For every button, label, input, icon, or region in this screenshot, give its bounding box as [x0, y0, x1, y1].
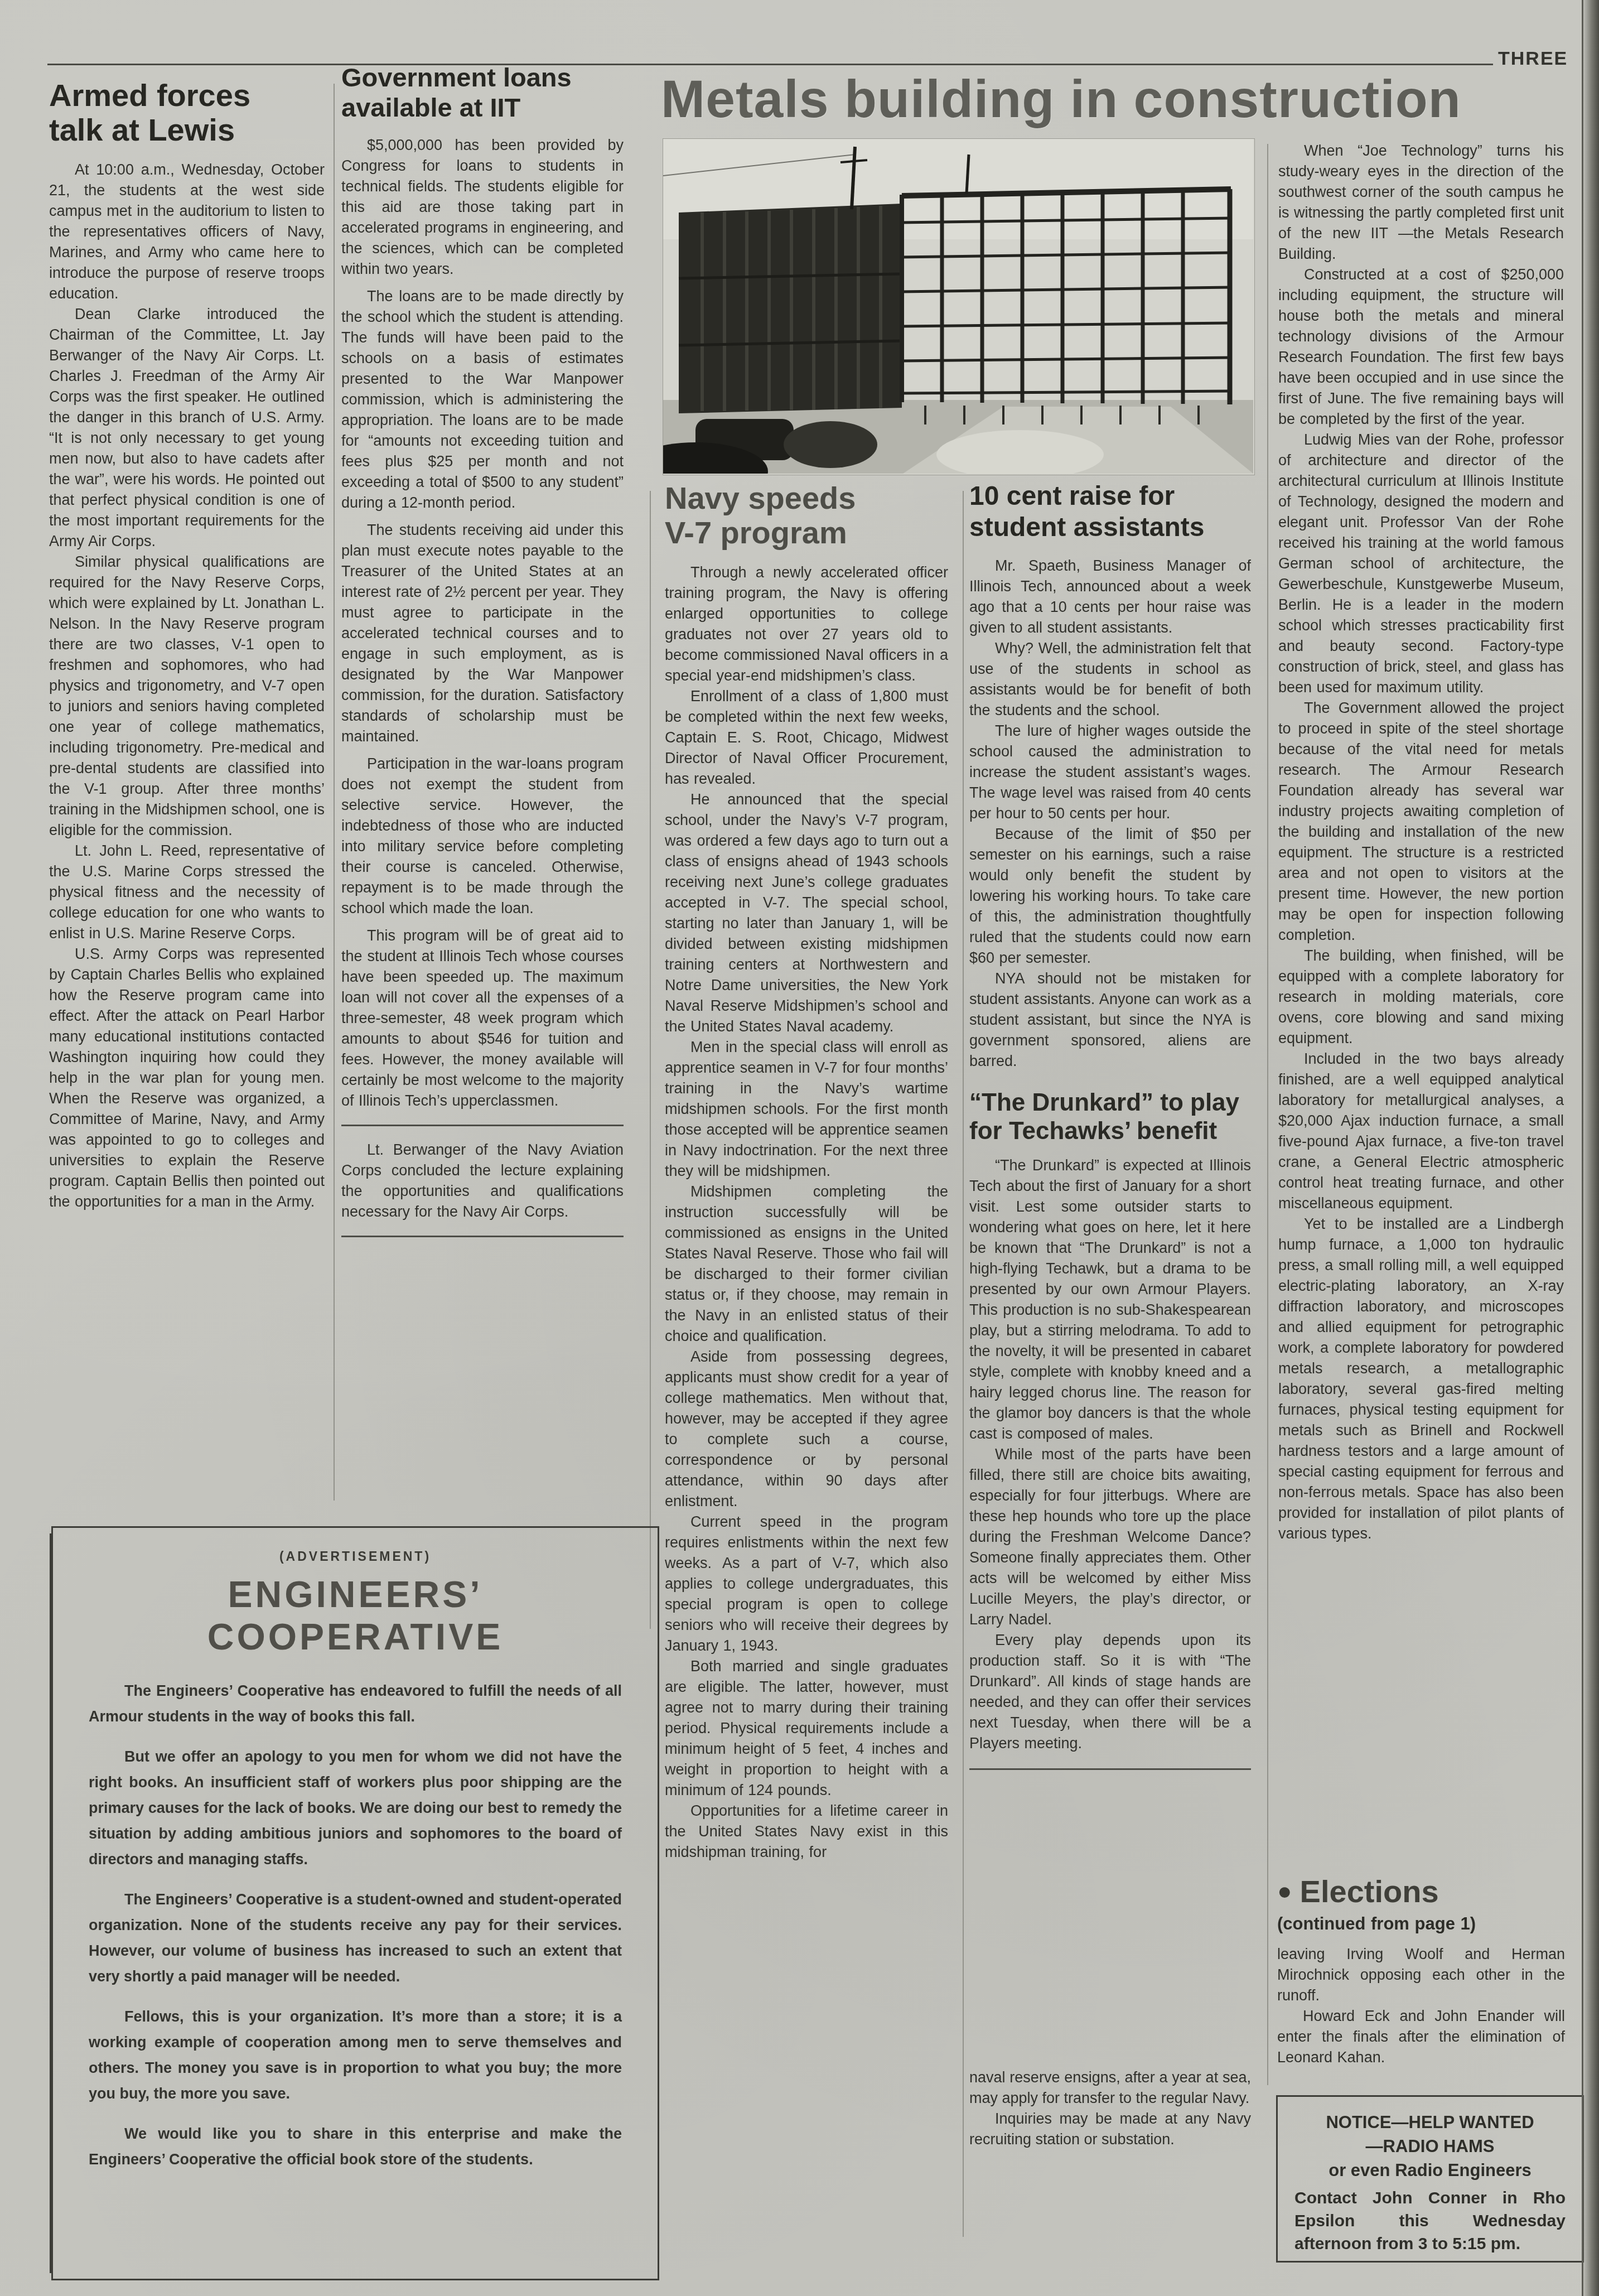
paragraph: Dean Clarke introduced the Chairman of t… [49, 304, 325, 552]
advertisement-label: (ADVERTISEMENT) [89, 1549, 622, 1564]
paragraph: While most of the parts have been filled… [969, 1444, 1251, 1630]
section-rule [341, 1125, 624, 1126]
construction-photo [663, 138, 1255, 475]
notice-line: —RADIO HAMS [1294, 2134, 1566, 2158]
paragraph: Midshipmen completing the instruction su… [665, 1181, 948, 1347]
ad-title: ENGINEERS’ COOPERATIVE [89, 1573, 622, 1658]
navy-article-continuation: naval reserve ensigns, after a year at s… [969, 2067, 1251, 2150]
paragraph: Yet to be installed are a Lindbergh hump… [1278, 1214, 1564, 1544]
paragraph: Current speed in the program requires en… [665, 1512, 948, 1656]
paragraph: The building, when finished, will be equ… [1278, 946, 1564, 1049]
engineers-cooperative-ad: (ADVERTISEMENT) ENGINEERS’ COOPERATIVE T… [51, 1526, 659, 2280]
paragraph: $5,000,000 has been provided by Congress… [341, 135, 624, 279]
article-elections: ● Elections (continued from page 1) leav… [1277, 1875, 1565, 2068]
paragraph: Aside from possessing degrees, applicant… [665, 1347, 948, 1512]
title-line: Armed forces [49, 78, 325, 113]
banner-headline: Metals building in construction [661, 71, 1587, 127]
paragraph: The Government allowed the project to pr… [1278, 698, 1564, 946]
paragraph: Mr. Spaeth, Business Manager of Illinois… [969, 556, 1251, 638]
column-rule [334, 84, 335, 1501]
title-line: Government loans [341, 62, 624, 93]
column-rule [963, 491, 964, 2237]
notice-line: or even Radio Engineers [1294, 2158, 1566, 2182]
paragraph: The students receiving aid under this pl… [341, 520, 624, 747]
paragraph: leaving Irving Woolf and Herman Mirochni… [1277, 1944, 1565, 2006]
note-paragraph: Lt. Berwanger of the Navy Aviation Corps… [341, 1140, 624, 1222]
paragraph: Howard Eck and John Enander will enter t… [1277, 2006, 1565, 2068]
paragraph: Similar physical qualifications are requ… [49, 552, 325, 841]
article-navy-v7: Navy speeds V-7 program Through a newly … [665, 481, 948, 2210]
paragraph: Constructed at a cost of $250,000 includ… [1278, 264, 1564, 430]
article-student-raise: 10 cent raise for student assistants Mr.… [969, 481, 1251, 2059]
paragraph: Every play depends upon its production s… [969, 1630, 1251, 1754]
title-line: talk at Lewis [49, 113, 325, 147]
ad-paragraph: But we offer an apology to you men for w… [89, 1744, 622, 1872]
notice-help-wanted: NOTICE—HELP WANTED —RADIO HAMS or even R… [1276, 2095, 1584, 2263]
section-rule [341, 1236, 624, 1237]
notice-body: Contact John Conner in Rho Epsilon this … [1294, 2187, 1566, 2255]
top-rule [47, 64, 1493, 65]
paragraph: naval reserve ensigns, after a year at s… [969, 2067, 1251, 2109]
paragraph: “The Drunkard” is expected at Illinois T… [969, 1155, 1251, 1444]
paragraph: Both married and single graduates are el… [665, 1656, 948, 1801]
title-line: Navy speeds [665, 481, 948, 515]
paragraph: He announced that the special school, un… [665, 789, 948, 1037]
paragraph: Enrollment of a class of 1,800 must be c… [665, 686, 948, 789]
page-number: THREE [1498, 48, 1568, 70]
title-line: available at IIT [341, 93, 624, 123]
section-rule [969, 1768, 1251, 1770]
article-title: Armed forces talk at Lewis [49, 78, 325, 147]
paragraph: This program will be of great aid to the… [341, 925, 624, 1111]
title-line: “The Drunkard” to play [969, 1088, 1251, 1117]
paragraph: At 10:00 a.m., Wednesday, October 21, th… [49, 160, 325, 304]
article-title-drunkard: “The Drunkard” to play for Techawks’ ben… [969, 1088, 1251, 1145]
title-line: student assistants [969, 512, 1251, 543]
paragraph: U.S. Army Corps was represented by Capta… [49, 944, 325, 1212]
title-line: 10 cent raise for [969, 481, 1251, 512]
title-line: V-7 program [665, 515, 948, 550]
paragraph: Lt. John L. Reed, representative of the … [49, 841, 325, 944]
article-government-loans: Government loans available at IIT $5,000… [341, 62, 624, 1669]
paragraph: Inquiries may be made at any Navy recrui… [969, 2109, 1251, 2150]
ad-paragraph: The Engineers’ Cooperative has endeavore… [89, 1678, 622, 1729]
paragraph: Participation in the war-loans program d… [341, 754, 624, 919]
paragraph: Because of the limit of $50 per semester… [969, 824, 1251, 968]
page-edge-shadow [1582, 0, 1599, 2296]
paragraph: When “Joe Technology” turns his study-we… [1278, 141, 1564, 264]
paragraph: Ludwig Mies van der Rohe, professor of a… [1278, 430, 1564, 698]
metals-building-photo-illustration [663, 139, 1253, 474]
title-line: for Techawks’ benefit [969, 1117, 1251, 1145]
column-rule [650, 491, 651, 1629]
paragraph: Men in the special class will enroll as … [665, 1037, 948, 1181]
shrub [784, 421, 877, 468]
notice-line: NOTICE—HELP WANTED [1294, 2110, 1566, 2134]
ad-paragraph: We would like you to share in this enter… [89, 2121, 622, 2172]
elections-heading: ● Elections [1277, 1875, 1565, 1908]
article-title: 10 cent raise for student assistants [969, 481, 1251, 543]
bullet-icon: ● [1277, 1879, 1292, 1904]
paragraph: NYA should not be mistaken for student a… [969, 968, 1251, 1072]
article-title: Government loans available at IIT [341, 62, 624, 123]
paragraph: Why? Well, the administration felt that … [969, 638, 1251, 721]
article-metals-body: When “Joe Technology” turns his study-we… [1278, 141, 1564, 1870]
column-rule [1267, 144, 1268, 2085]
article-title: Navy speeds V-7 program [665, 481, 948, 550]
ad-paragraph: The Engineers’ Cooperative is a student-… [89, 1887, 622, 1989]
newspaper-page: THREE Armed forces talk at Lewis At 10:0… [0, 0, 1599, 2296]
paragraph: Included in the two bays already finishe… [1278, 1049, 1564, 1214]
continued-label: (continued from page 1) [1277, 1913, 1565, 1934]
paragraph: The loans are to be made directly by the… [341, 286, 624, 513]
article-title: Elections [1300, 1875, 1439, 1908]
paragraph: The lure of higher wages outside the sch… [969, 721, 1251, 824]
ad-paragraph: Fellows, this is your organization. It’s… [89, 2004, 622, 2106]
paragraph: Through a newly accelerated officer trai… [665, 562, 948, 686]
paragraph: Opportunities for a lifetime career in t… [665, 1801, 948, 1863]
article-armed-forces: Armed forces talk at Lewis At 10:00 a.m.… [49, 78, 325, 1517]
